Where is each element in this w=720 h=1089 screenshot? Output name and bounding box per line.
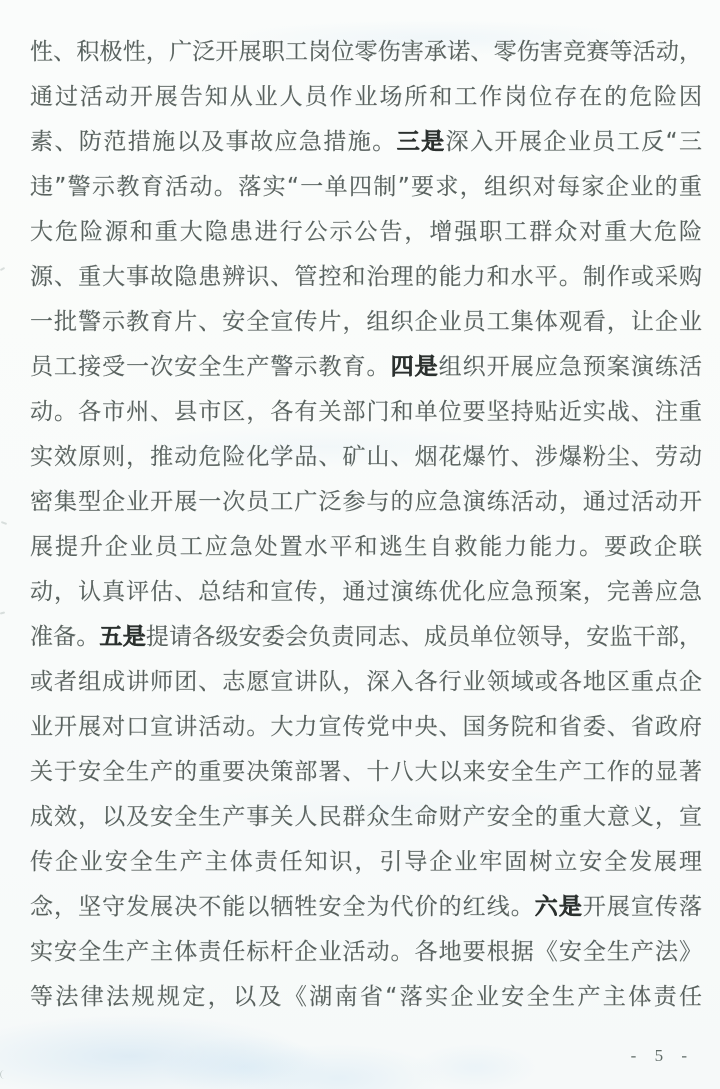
text-line: 员工接受一次安全生产警示教育。四是组织开展应急预案演练活	[30, 345, 702, 390]
line-text-bold: 四是	[391, 354, 439, 380]
line-text: 实效原则，推动危险化学品、矿山、烟花爆竹、涉爆粉尘、劳动	[30, 444, 702, 470]
line-text: 素、防范措施以及事故应急措施。	[30, 129, 397, 155]
line-text: 念，坚守发展决不能以牺牲安全为代价的红线。	[30, 894, 535, 920]
page-number: - 5 -	[631, 1046, 694, 1066]
text-line: 准备。五是提请各级安委会负责同志、成员单位领导，安监干部，	[30, 615, 702, 660]
text-line: 通过活动开展告知从业人员作业场所和工作岗位存在的危险因	[30, 75, 702, 120]
line-text-bold: 三是	[397, 129, 446, 155]
line-text: 实安全生产主体责任标杆企业活动。各地要根据《安全生产法》	[30, 939, 702, 965]
line-text: 源、重大事故隐患辨识、管控和治理的能力和水平。制作或采购	[30, 264, 702, 290]
line-text: 一批警示教育片、安全宣传片，组织企业员工集体观看，让企业	[30, 309, 702, 335]
line-text-bold: 五是	[100, 624, 146, 650]
line-text: 密集型企业开展一次员工广泛参与的应急演练活动，通过活动开	[30, 489, 702, 515]
text-line: 源、重大事故隐患辨识、管控和治理的能力和水平。制作或采购	[30, 255, 702, 300]
scan-edge-artifact	[1, 521, 7, 525]
line-text: 动。各市州、县市区，各有关部门和单位要坚持贴近实战、注重	[30, 399, 702, 425]
scanned-document-page: 性、积极性，广泛开展职工岗位零伤害承诺、零伤害竞赛等活动， 通过活动开展告知从业…	[0, 0, 720, 1089]
text-line: 实效原则，推动危险化学品、矿山、烟花爆竹、涉爆粉尘、劳动	[30, 435, 702, 480]
text-line: 违”警示教育活动。落实“一单四制”要求，组织对每家企业的重	[30, 165, 702, 210]
text-line: 展提升企业员工应急处置水平和逃生自救能力能力。要政企联	[30, 525, 702, 570]
text-line: 动。各市州、县市区，各有关部门和单位要坚持贴近实战、注重	[30, 390, 702, 435]
line-text: 传企业安全生产主体责任知识，引导企业牢固树立安全发展理	[30, 849, 702, 875]
line-text: 开展宣传落	[583, 894, 702, 920]
text-line: 素、防范措施以及事故应急措施。三是深入开展企业员工反“三	[30, 120, 702, 165]
line-text: 准备。	[30, 624, 100, 650]
text-line: 成效，以及安全生产事关人民群众生命财产安全的重大意义，宣	[30, 795, 702, 840]
line-text: 动，认真评估、总结和宣传，通过演练优化应急预案，完善应急	[30, 579, 702, 605]
text-line: 传企业安全生产主体责任知识，引导企业牢固树立安全发展理	[30, 840, 702, 885]
line-text: 展提升企业员工应急处置水平和逃生自救能力能力。要政企联	[30, 534, 702, 560]
line-text: 通过活动开展告知从业人员作业场所和工作岗位存在的危险因	[30, 84, 702, 110]
line-text: 提请各级安委会负责同志、成员单位领导，安监干部，	[146, 624, 702, 650]
line-text: 关于安全生产的重要决策部署、十八大以来安全生产工作的显著	[30, 759, 702, 785]
scan-edge-artifact	[0, 611, 5, 614]
text-line: 念，坚守发展决不能以牺牲安全为代价的红线。六是开展宣传落	[30, 885, 702, 930]
text-line: 业开展对口宣讲活动。大力宣传党中央、国务院和省委、省政府	[30, 705, 702, 750]
line-text: 违”警示教育活动。落实“一单四制”要求，组织对每家企业的重	[30, 174, 702, 200]
line-text: 等法律法规规定，以及《湖南省“落实企业安全生产主体责任	[30, 984, 702, 1010]
text-line: 等法律法规规定，以及《湖南省“落实企业安全生产主体责任	[30, 975, 702, 1020]
text-line: 实安全生产主体责任标杆企业活动。各地要根据《安全生产法》	[30, 930, 702, 975]
line-text: 成效，以及安全生产事关人民群众生命财产安全的重大意义，宣	[30, 804, 702, 830]
line-text-bold: 六是	[535, 894, 583, 920]
text-line: 关于安全生产的重要决策部署、十八大以来安全生产工作的显著	[30, 750, 702, 795]
text-line: 大危险源和重大隐患进行公示公告，增强职工群众对重大危险	[30, 210, 702, 255]
text-line: 动，认真评估、总结和宣传，通过演练优化应急预案，完善应急	[30, 570, 702, 615]
text-line: 性、积极性，广泛开展职工岗位零伤害承诺、零伤害竞赛等活动，	[30, 30, 702, 75]
scan-edge-artifact	[0, 1070, 8, 1079]
text-line: 或者组成讲师团、志愿宣讲队，深入各行业领域或各地区重点企	[30, 660, 702, 705]
line-text: 性、积极性，广泛开展职工岗位零伤害承诺、零伤害竞赛等活动，	[30, 39, 702, 65]
line-text: 大危险源和重大隐患进行公示公告，增强职工群众对重大危险	[30, 219, 702, 245]
line-text: 深入开展企业员工反“三	[446, 129, 702, 155]
line-text: 或者组成讲师团、志愿宣讲队，深入各行业领域或各地区重点企	[30, 669, 702, 695]
scan-edge-artifact	[0, 267, 5, 271]
document-body-text: 性、积极性，广泛开展职工岗位零伤害承诺、零伤害竞赛等活动， 通过活动开展告知从业…	[30, 30, 702, 1020]
text-line: 密集型企业开展一次员工广泛参与的应急演练活动，通过活动开	[30, 480, 702, 525]
line-text: 业开展对口宣讲活动。大力宣传党中央、国务院和省委、省政府	[30, 714, 702, 740]
line-text: 员工接受一次安全生产警示教育。	[30, 354, 391, 380]
text-line: 一批警示教育片、安全宣传片，组织企业员工集体观看，让企业	[30, 300, 702, 345]
line-text: 组织开展应急预案演练活	[439, 354, 702, 380]
